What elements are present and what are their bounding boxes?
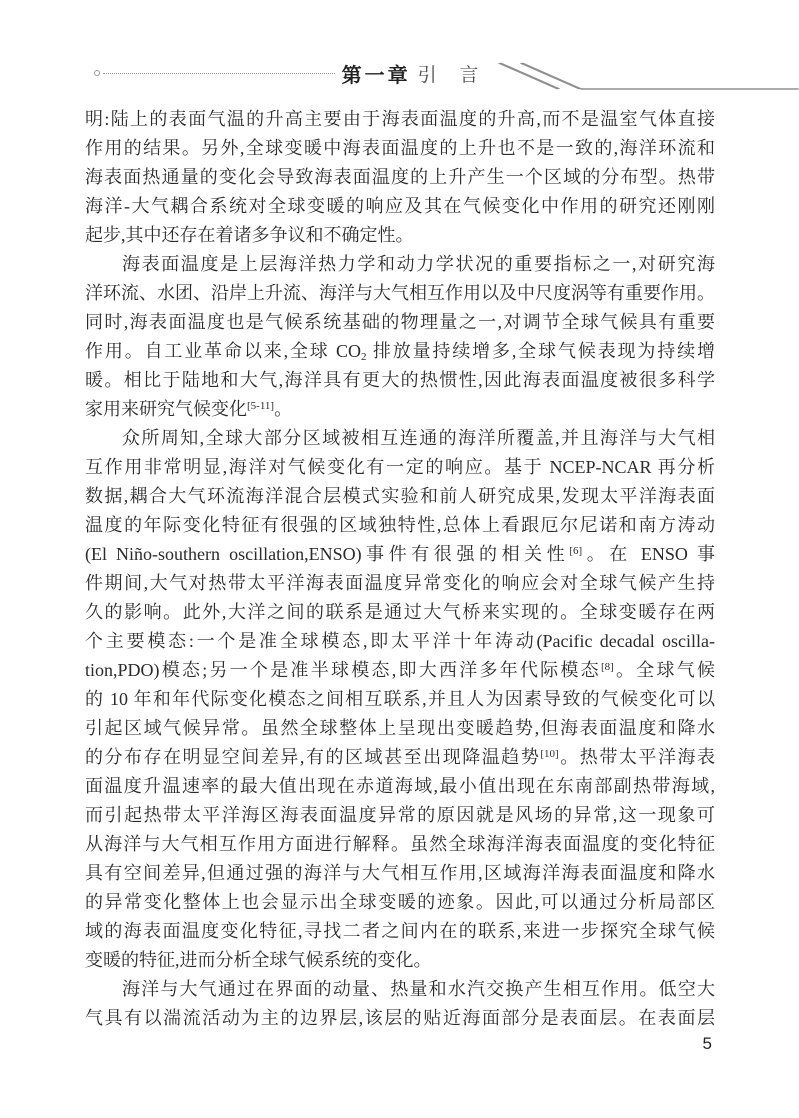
- citation-superscript: [10]: [540, 748, 558, 760]
- text-line: 具有空间差异,但通过强的海洋与大气相互作用,区域海洋海表面温度和降水: [85, 859, 715, 888]
- page-number: 5: [703, 1034, 715, 1053]
- chemical-subscript: 2: [361, 351, 367, 363]
- text-line: 面温度升温速率的最大值出现在赤道海域,最小值出现在东南部副热带海域,: [85, 772, 715, 801]
- text-line: 暖。相比于陆地和大气,海洋具有更大的热惯性,因此海表面温度被很多科学: [85, 366, 715, 395]
- header-slash-decoration: [487, 60, 799, 96]
- text-line: 海洋-大气耦合系统对全球变暖的响应及其在气候变化中作用的研究还刚刚: [85, 192, 715, 221]
- text-line: 而引起热带太平洋海区海表面温度异常的原因就是风场的异常,这一现象可: [85, 801, 715, 830]
- text-line: 的 10 年和年代际变化模态之间相互联系,并且人为因素导致的气候变化可以: [85, 685, 715, 714]
- citation-superscript: [6]: [569, 545, 582, 557]
- text-line: 件期间,大气对热带太平洋海表面温度异常变化的响应会对全球气候产生持: [85, 569, 715, 598]
- text-line: 久的影响。此外,大洋之间的联系是通过大气桥来实现的。全球变暖存在两: [85, 598, 715, 627]
- text-line: (El Niño-southern oscillation,ENSO)事件有很强…: [85, 540, 715, 569]
- book-page: 第一章 引 言 明:陆上的表面气温的升高主要由于海表面温度的升高,而不是温室气体…: [0, 0, 799, 1118]
- text-line: 的异常变化整体上也会显示出全球变暖的迹象。因此,可以通过分析局部区: [85, 888, 715, 917]
- page-footer: 5: [85, 1034, 715, 1054]
- text-line: 域的海表面温度变化特征,寻找二者之间内在的联系,来进一步探究全球气候: [85, 917, 715, 946]
- citation-superscript: [8]: [601, 661, 614, 673]
- text-line: 互作用非常明显,海洋对气候变化有一定的响应。基于 NCEP-NCAR 再分析: [85, 453, 715, 482]
- text-line: 众所周知,全球大部分区域被相互连通的海洋所覆盖,并且海洋与大气相: [85, 424, 715, 453]
- body-text: 明:陆上的表面气温的升高主要由于海表面温度的升高,而不是温室气体直接作用的结果。…: [85, 105, 715, 1033]
- text-line: 从海洋与大气相互作用方面进行解释。虽然全球海洋海表面温度的变化特征: [85, 830, 715, 859]
- text-line: 同时,海表面温度也是气候系统基础的物理量之一,对调节全球气候具有重要: [85, 308, 715, 337]
- running-head: 第一章 引 言: [0, 54, 799, 92]
- text-line: 数据,耦合大气环流海洋混合层模式实验和前人研究成果,发现太平洋海表面: [85, 482, 715, 511]
- text-line: 个主要模态:一个是准全球模态,即太平洋十年涛动(Pacific decadal …: [85, 627, 715, 656]
- text-line: 作用。自工业革命以来,全球 CO2 排放量持续增多,全球气候表现为持续增: [85, 337, 715, 366]
- text-line: tion,PDO)模态;另一个是准半球模态,即大西洋多年代际模态[8]。全球气候: [85, 656, 715, 685]
- text-line: 气具有以湍流活动为主的边界层,该层的贴近海面部分是表面层。在表面层: [85, 1004, 715, 1033]
- text-line: 海表面温度是上层海洋热力学和动力学状况的重要指标之一,对研究海: [85, 250, 715, 279]
- text-line: 明:陆上的表面气温的升高主要由于海表面温度的升高,而不是温室气体直接: [85, 105, 715, 134]
- header-circle-icon: [94, 70, 100, 76]
- text-line: 引起区域气候异常。虽然全球整体上呈现出变暖趋势,但海表面温度和降水: [85, 714, 715, 743]
- chapter-title: 引 言: [418, 60, 488, 87]
- text-line: 洋环流、水团、沿岸上升流、海洋与大气相互作用以及中尺度涡等有重要作用。: [85, 279, 715, 308]
- text-line: 作用的结果。另外,全球变暖中海表面温度的上升也不是一致的,海洋环流和: [85, 134, 715, 163]
- citation-superscript: [5-11]: [247, 400, 274, 412]
- text-line: 温度的年际变化特征有很强的区域独特性,总体上看跟厄尔尼诺和南方涛动: [85, 511, 715, 540]
- chapter-label: 第一章: [342, 59, 411, 88]
- text-line: 起步,其中还存在着诸多争议和不确定性。: [85, 221, 715, 250]
- text-line: 变暖的特征,进而分析全球气候系统的变化。: [85, 946, 715, 975]
- text-line: 的分布存在明显空间差异,有的区域甚至出现降温趋势[10]。热带太平洋海表: [85, 743, 715, 772]
- text-line: 海洋与大气通过在界面的动量、热量和水汽交换产生相互作用。低空大: [85, 975, 715, 1004]
- header-dotted-rule: [103, 73, 335, 74]
- text-line: 海表面热通量的变化会导致海表面温度的上升产生一个区域的分布型。热带: [85, 163, 715, 192]
- text-line: 家用来研究气候变化[5-11]。: [85, 395, 715, 424]
